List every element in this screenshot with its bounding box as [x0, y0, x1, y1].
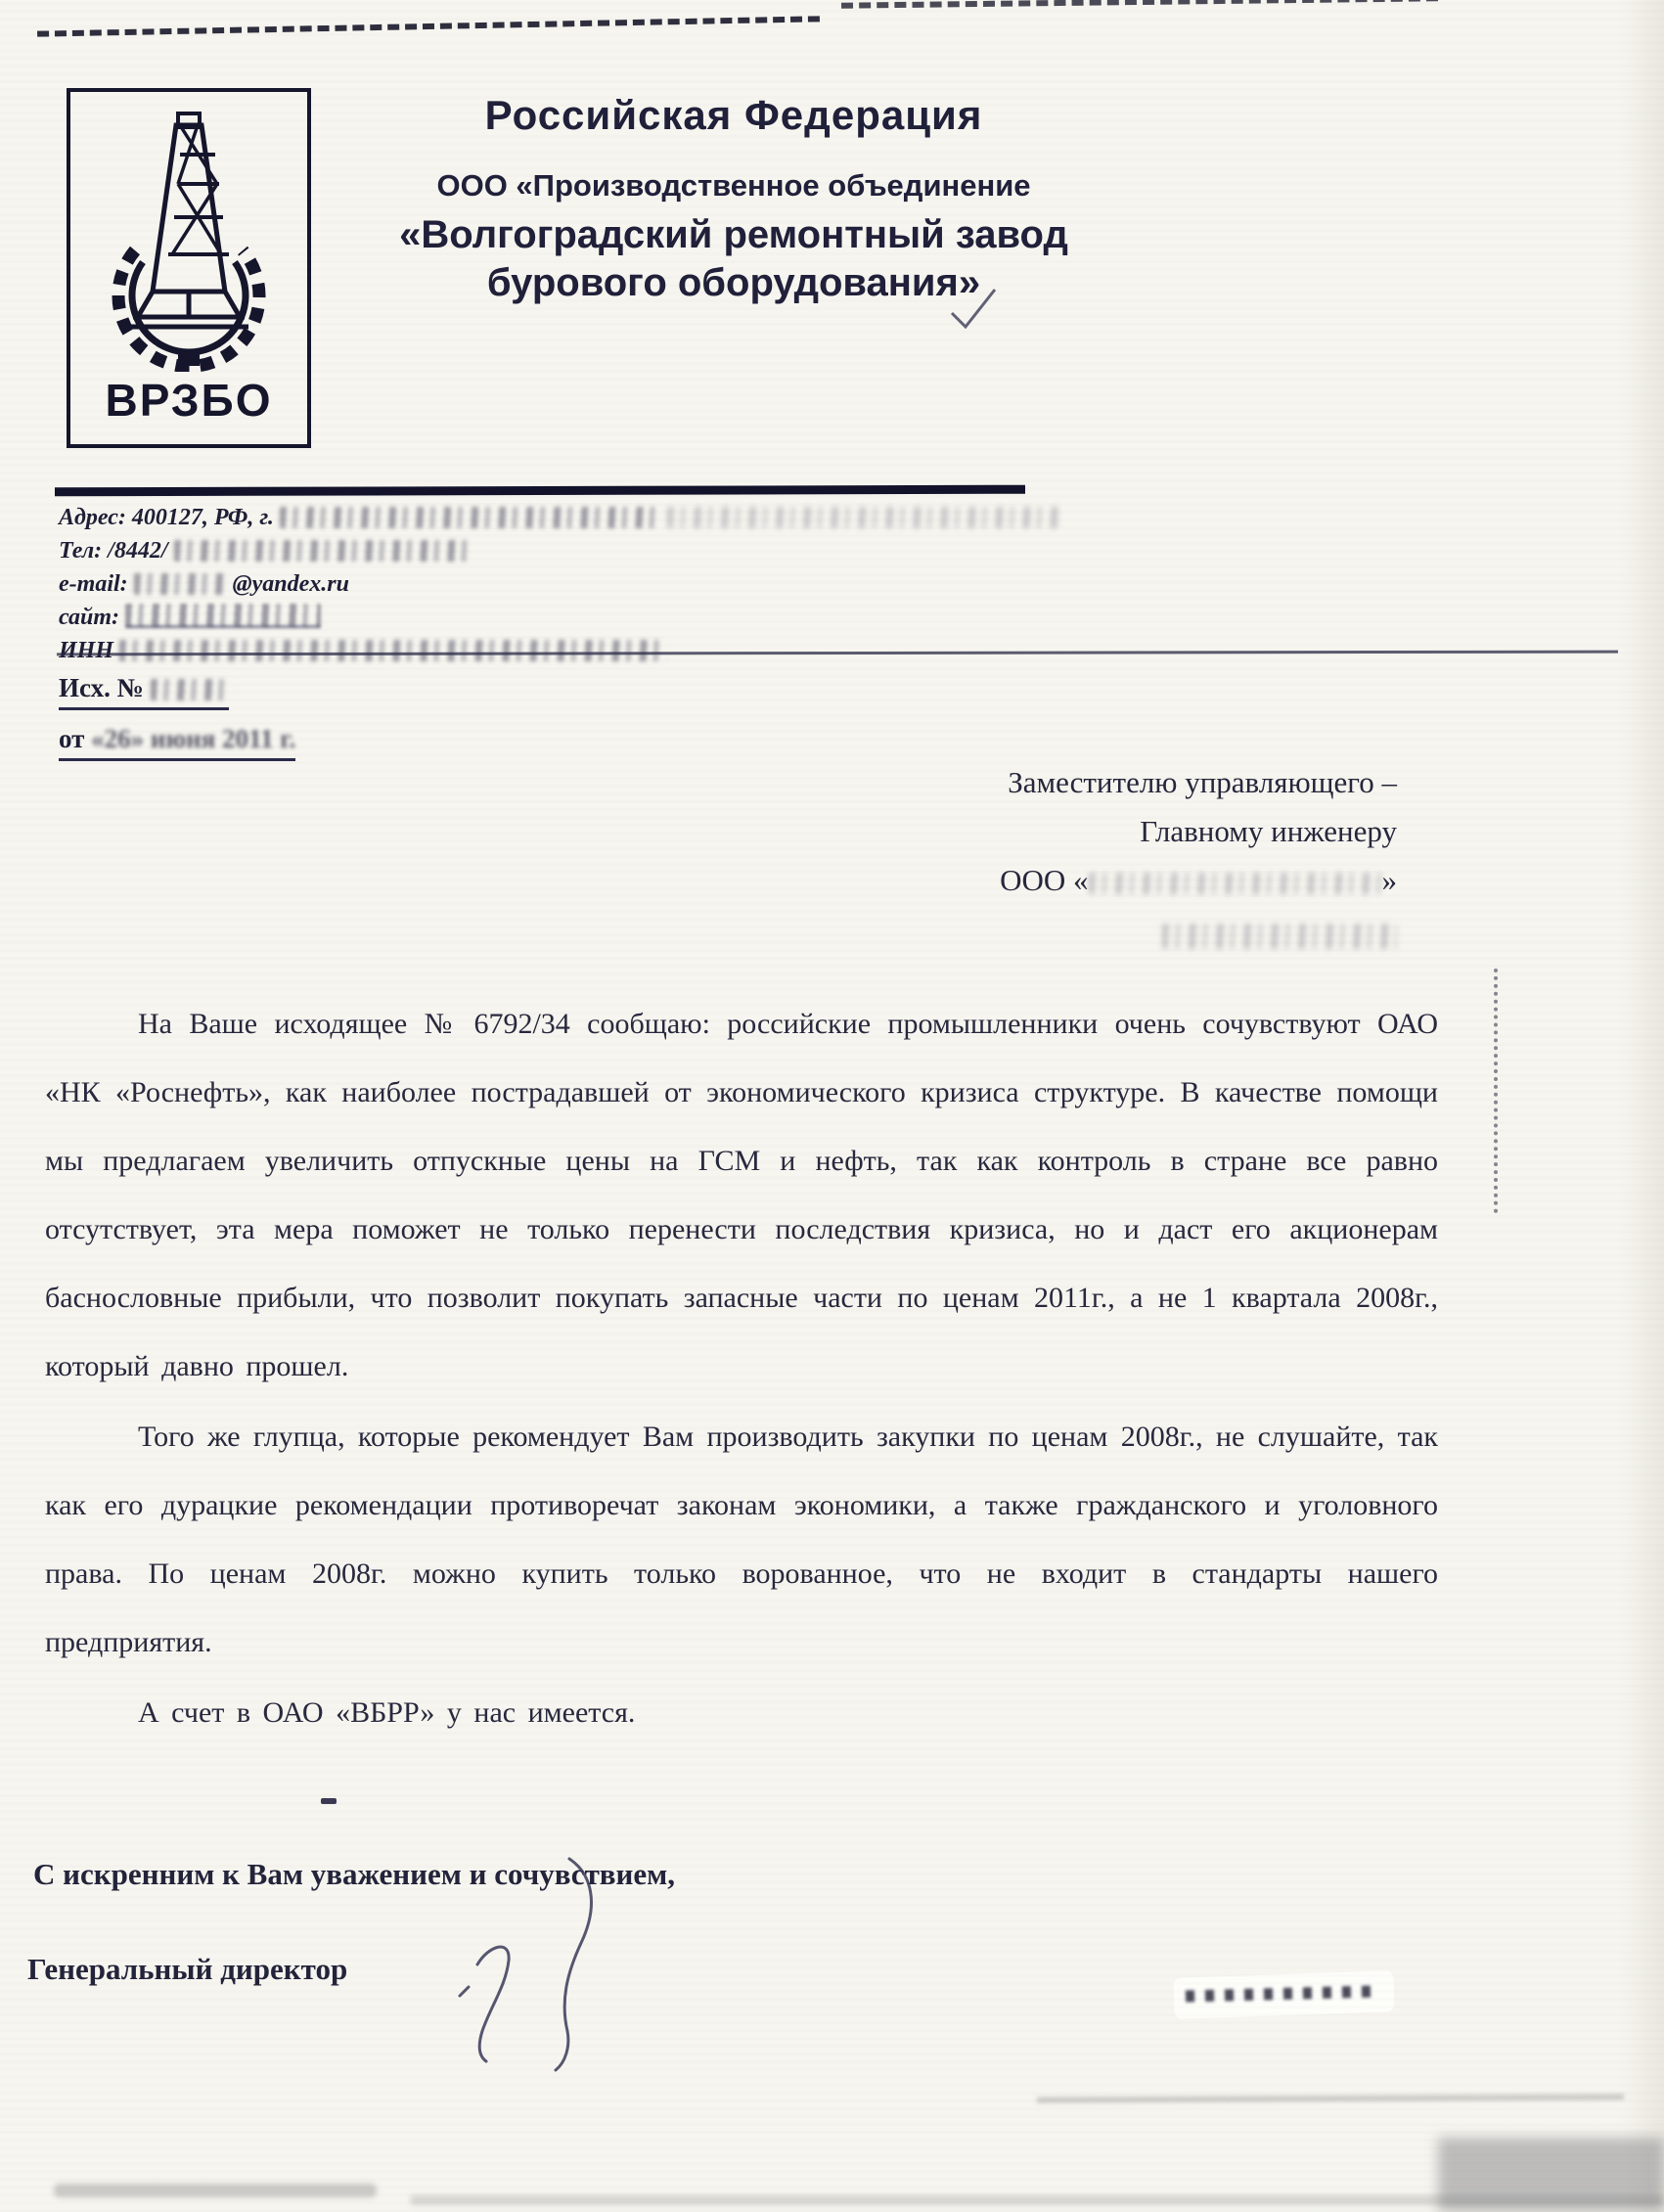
- phone-line: Тел: /8442/: [59, 534, 1058, 567]
- recipient-block: Заместителю управляющего – Главному инже…: [685, 758, 1397, 960]
- scanned-letter-page: ВРЗБО Российская Федерация ООО «Производ…: [0, 0, 1664, 2212]
- recipient-line1: Заместителю управляющего –: [685, 758, 1397, 807]
- recipient-line2: Главному инженеру: [685, 807, 1397, 856]
- fax-dashed-line: [841, 0, 1438, 9]
- letterhead: Российская Федерация ООО «Производственн…: [323, 92, 1145, 305]
- address-line: Адрес: 400127, РФ, г.: [59, 501, 1058, 534]
- org-name-line2: «Волгоградский ремонтный завод: [323, 213, 1145, 257]
- signer-name-redacted: [1174, 1974, 1394, 2015]
- contact-block: Адрес: 400127, РФ, г. Тел: /8442/ e-mail…: [59, 501, 1058, 667]
- oil-derrick-gear-icon: [96, 108, 282, 372]
- letter-date: «26» июня 2011 г.: [91, 724, 295, 753]
- recipient-name-redacted: [685, 911, 1397, 960]
- scan-edge-shade: [1621, 0, 1664, 2212]
- email-line: e-mail: @yandex.ru: [59, 567, 1058, 601]
- recipient-line3: ООО «»: [685, 856, 1397, 905]
- stray-dash-artifact: [321, 1798, 337, 1804]
- redaction-smudge: [125, 604, 321, 628]
- org-name-line3: бурового оборудования»: [323, 261, 1145, 305]
- redaction-smudge: [667, 507, 1058, 528]
- website-line: сайт:: [59, 601, 1058, 634]
- outgoing-number-line: Исх. №: [59, 673, 229, 710]
- scan-streak: [1037, 2094, 1624, 2102]
- letter-body: На Ваше исходящее № 6792/34 сообщаю: рос…: [45, 990, 1438, 1747]
- fax-dashed-line: [37, 16, 820, 36]
- redaction-smudge: [151, 679, 229, 700]
- redaction-smudge: [134, 573, 227, 595]
- country-title: Российская Федерация: [323, 92, 1145, 139]
- letterhead-divider-rule: [55, 485, 1025, 497]
- scan-corner-shadow: [1438, 2138, 1664, 2212]
- date-line: от «26» июня 2011 г.: [59, 724, 295, 761]
- redaction-smudge: [174, 540, 468, 562]
- body-paragraph-3: А счет в ОАО «ВБРР» у нас имеется.: [45, 1679, 1438, 1747]
- scan-vertical-artifact: [1494, 969, 1498, 1213]
- redaction-smudge: [119, 640, 667, 661]
- scan-streak: [54, 2184, 377, 2197]
- pen-checkmark-artifact: [944, 284, 1003, 333]
- org-name-line1: ООО «Производственное объединение: [323, 168, 1145, 203]
- redaction-smudge: [280, 507, 661, 528]
- company-logo-box: ВРЗБО: [67, 88, 311, 448]
- handwritten-signature: [421, 1849, 665, 2079]
- reference-block: Исх. № от «26» июня 2011 г.: [59, 673, 295, 775]
- signer-title: Генеральный директор: [27, 1952, 347, 1987]
- body-paragraph-2: Того же глупца, которые рекомендует Вам …: [45, 1403, 1438, 1677]
- logo-abbreviation: ВРЗБО: [70, 374, 307, 427]
- redaction-smudge: [1089, 873, 1382, 894]
- redaction-smudge: [1162, 924, 1397, 949]
- body-paragraph-1: На Ваше исходящее № 6792/34 сообщаю: рос…: [45, 990, 1438, 1401]
